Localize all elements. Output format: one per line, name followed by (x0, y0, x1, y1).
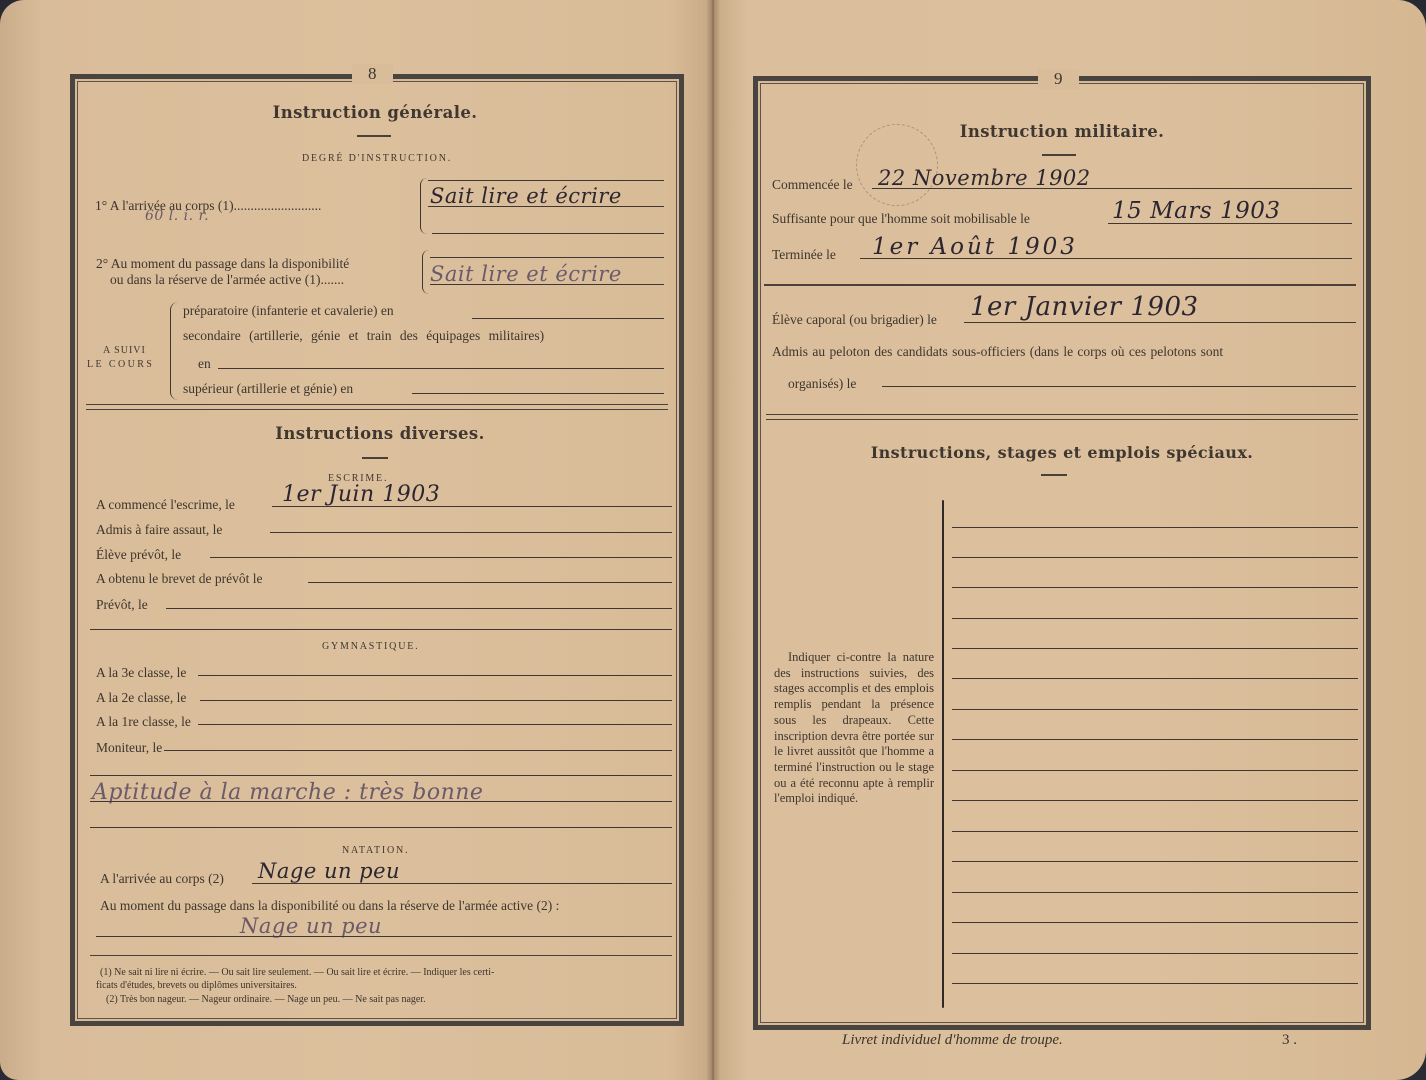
title-divider (357, 135, 391, 137)
peloton-line (882, 386, 1356, 387)
stages-instructions-text: Indiquer ci-contre la nature des instruc… (774, 650, 934, 807)
escrime-line (272, 506, 672, 507)
footer-title: Livret individuel d'homme de troupe. (842, 1032, 1063, 1049)
gymnastique-note-line-top (90, 775, 672, 776)
footer-number: 3 . (1282, 1032, 1297, 1049)
right-page: 9 Instruction militaire. Commencée le 22… (712, 0, 1426, 1080)
suffisante-label: Suffisante pour que l'homme soit mobilis… (772, 211, 1030, 227)
caporal-value: 1er Janvier 1903 (970, 292, 1199, 322)
passage-line (430, 284, 664, 285)
escrime-row-value: 1er Juin 1903 (282, 482, 440, 507)
suffisante-value: 15 Mars 1903 (1112, 198, 1280, 224)
terminee-line (860, 258, 1352, 259)
escrime-line (270, 532, 672, 533)
commencee-label: Commencée le (772, 177, 853, 193)
escrime-end-line (90, 629, 672, 630)
terminee-value: 1er Août 1903 (872, 234, 1078, 260)
cours-preparatoire-line (472, 318, 664, 319)
cours-secondaire-line (218, 368, 664, 369)
right-page-number: 9 (1038, 69, 1079, 89)
left-page-number: 8 (352, 64, 393, 84)
section-divider-2a (766, 414, 1358, 415)
gymnastique-row-label: A la 3e classe, le (96, 665, 186, 681)
suffisante-line (1108, 223, 1352, 224)
cours-secondaire-en: en (198, 356, 211, 372)
stages-title: Instructions, stages et emplois spéciaux… (812, 443, 1312, 462)
caporal-label: Élève caporal (ou brigadier) le (772, 312, 937, 328)
section-divider-1b (86, 409, 668, 410)
arrival-brace (420, 178, 427, 234)
escrime-row-label: Élève prévôt, le (96, 547, 181, 563)
terminee-label: Terminée le (772, 247, 836, 263)
natation-passage-line (96, 936, 672, 937)
escrime-row-label: A obtenu le brevet de prévôt le (96, 571, 262, 587)
stages-vertical-rule (942, 500, 944, 1008)
gymnastique-row-label: A la 2e classe, le (96, 690, 186, 706)
peloton-label-1: Admis au peloton des candidats sous-offi… (772, 344, 1223, 360)
instruction-generale-title: Instruction générale. (180, 103, 570, 122)
gymnastique-end-line (90, 827, 672, 828)
footnote-divider (90, 955, 672, 956)
footnote-2: (2) Très bon nageur. — Nageur ordinaire.… (106, 993, 426, 1006)
gymnastique-heading: GYMNASTIQUE. (322, 641, 419, 652)
cours-brace (170, 302, 179, 400)
escrime-line (308, 582, 672, 583)
gymnastique-line (198, 675, 672, 676)
gymnastique-line (200, 700, 672, 701)
gymnastique-row-label: A la 1re classe, le (96, 714, 191, 730)
arrival-line-2 (432, 233, 664, 234)
section-divider-2b (766, 419, 1358, 420)
commencee-value: 22 Novembre 1902 (878, 166, 1091, 190)
instructions-diverses-title: Instructions diverses. (180, 424, 580, 443)
cours-superieur-label: supérieur (artillerie et génie) en (183, 381, 353, 397)
left-page: 8 Instruction générale. DEGRÉ D'INSTRUCT… (0, 0, 712, 1080)
stages-divider (1041, 474, 1067, 476)
arrival-line-top (428, 180, 664, 181)
escrime-line (166, 608, 672, 609)
natation-arrival-label: A l'arrivée au corps (2) (100, 871, 224, 887)
footnote-1-line-1: (1) Ne sait ni lire ni écrire. — Ou sait… (100, 966, 494, 979)
gymnastique-note-line (90, 801, 672, 802)
footnote-1-line-2: ficats d'études, brevets ou diplômes uni… (96, 979, 297, 992)
passage-label-1: 2° Au moment du passage dans la disponib… (96, 256, 349, 272)
caporal-line (964, 322, 1356, 323)
section-divider-1a (86, 404, 668, 405)
natation-passage-value: Nage un peu (240, 914, 382, 938)
cours-label-1: A SUIVI (103, 345, 146, 356)
gymnastique-line (164, 750, 672, 751)
peloton-label-2: organisés) le (788, 376, 856, 392)
passage-brace (422, 250, 429, 294)
militaire-divider (1042, 154, 1076, 156)
cours-preparatoire-label: préparatoire (infanterie et cavalerie) e… (183, 303, 394, 319)
escrime-row-label: Prévôt, le (96, 597, 148, 613)
instruction-militaire-title: Instruction militaire. (862, 122, 1262, 141)
cours-superieur-line (412, 393, 664, 394)
cours-label-2: LE COURS (87, 359, 154, 370)
natation-arrival-value: Nage un peu (258, 859, 400, 883)
cours-secondaire-label: secondaire (artillerie, génie et train d… (183, 328, 544, 344)
diverses-divider (362, 457, 388, 459)
arrival-value: Sait lire et écrire (430, 184, 622, 208)
gymnastique-row-label: Moniteur, le (96, 740, 162, 756)
arrival-line (428, 206, 664, 207)
passage-line-top (430, 257, 664, 258)
passage-label-2: ou dans la réserve de l'armée active (1)… (110, 272, 344, 288)
arrival-margin-note: 60 l. i. r. (145, 208, 209, 224)
militaire-divider-line (764, 284, 1356, 286)
natation-arrival-line (252, 883, 672, 884)
passage-value: Sait lire et écrire (430, 262, 622, 286)
escrime-line (210, 557, 672, 558)
commencee-line (872, 188, 1352, 189)
book-gutter (706, 0, 720, 1080)
gymnastique-line (198, 724, 672, 725)
degree-heading: DEGRÉ D'INSTRUCTION. (302, 153, 452, 164)
escrime-row-label: Admis à faire assaut, le (96, 522, 222, 538)
escrime-row-label: A commencé l'escrime, le (96, 497, 235, 513)
natation-passage-label: Au moment du passage dans la disponibili… (100, 898, 559, 914)
natation-heading: NATATION. (342, 845, 409, 856)
